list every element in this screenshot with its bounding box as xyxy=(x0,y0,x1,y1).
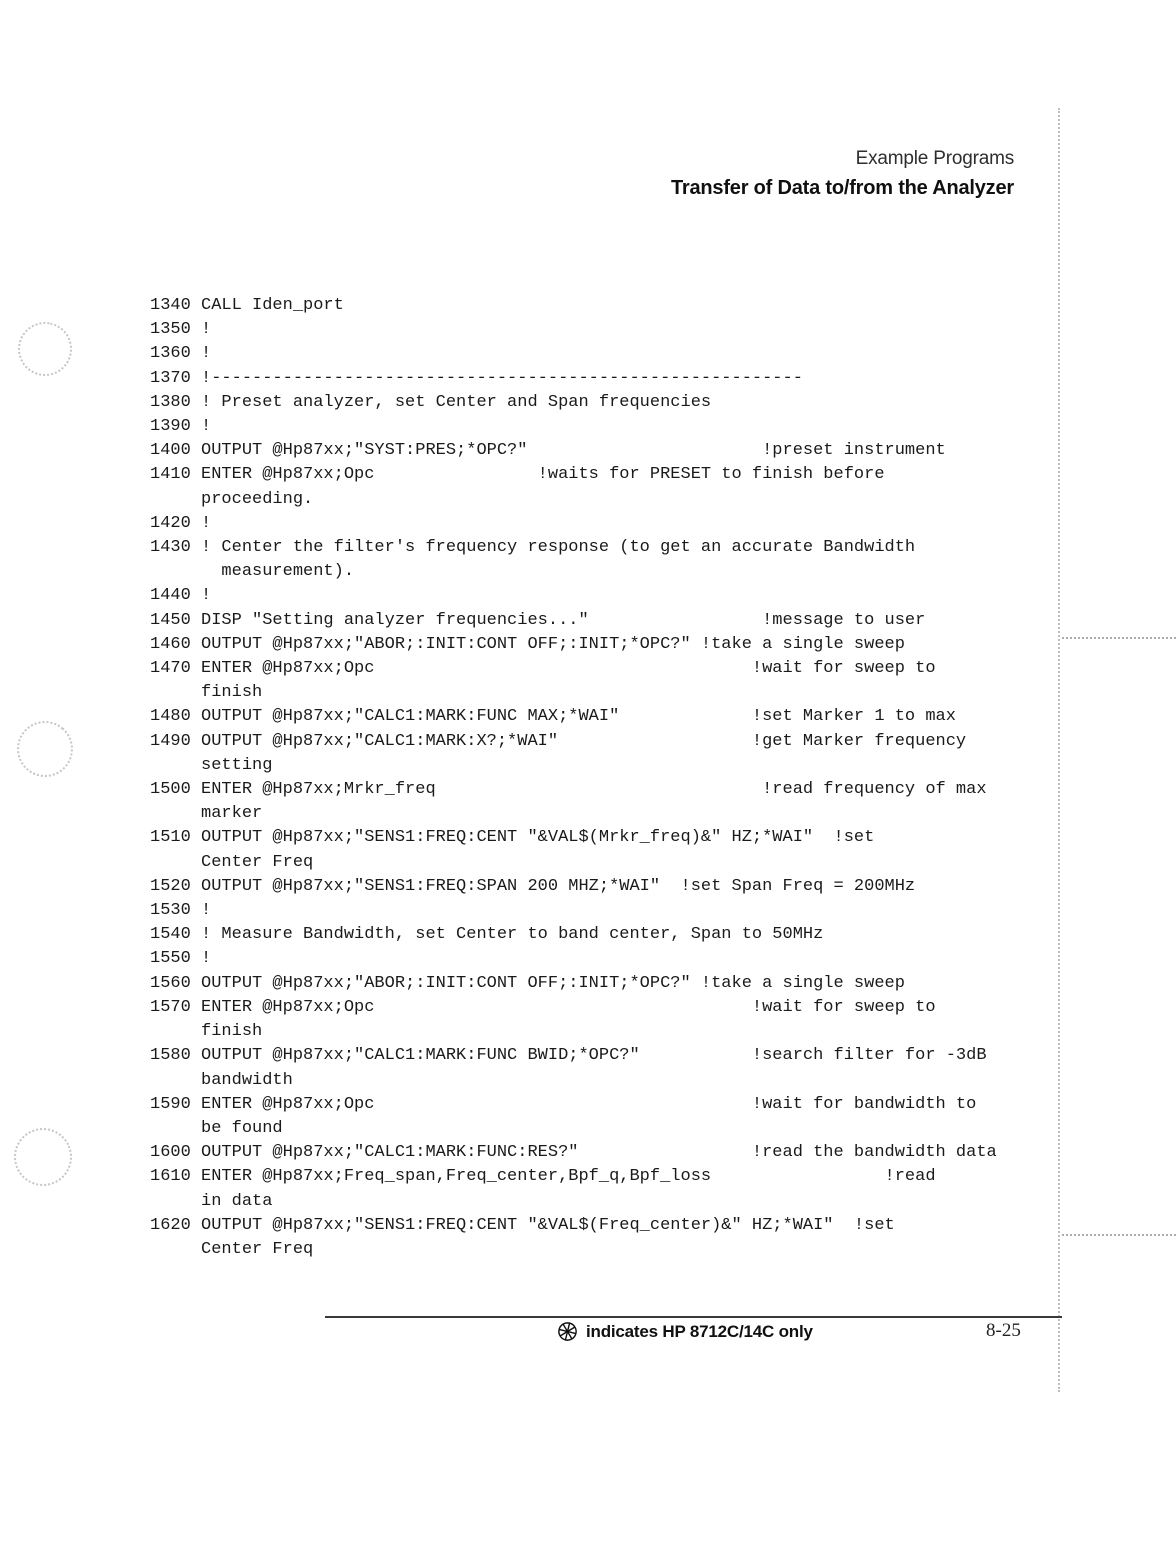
code-line: measurement). xyxy=(150,560,997,584)
footer-note: indicates HP 8712C/14C only xyxy=(556,1320,813,1343)
code-line: 1530 ! xyxy=(150,899,997,923)
code-line: 1430 ! Center the filter's frequency res… xyxy=(150,536,997,560)
code-line: 1440 ! xyxy=(150,584,997,608)
code-line: 1510 OUTPUT @Hp87xx;"SENS1:FREQ:CENT "&V… xyxy=(150,826,997,850)
code-line: 1600 OUTPUT @Hp87xx;"CALC1:MARK:FUNC:RES… xyxy=(150,1141,997,1165)
code-line: 1380 ! Preset analyzer, set Center and S… xyxy=(150,391,997,415)
code-line: 1540 ! Measure Bandwidth, set Center to … xyxy=(150,923,997,947)
code-line: 1610 ENTER @Hp87xx;Freq_span,Freq_center… xyxy=(150,1165,997,1189)
code-line: 1500 ENTER @Hp87xx;Mrkr_freq !read frequ… xyxy=(150,778,997,802)
code-line: bandwidth xyxy=(150,1069,997,1093)
code-line: 1460 OUTPUT @Hp87xx;"ABOR;:INIT:CONT OFF… xyxy=(150,633,997,657)
code-line: 1450 DISP "Setting analyzer frequencies.… xyxy=(150,609,997,633)
code-line: 1580 OUTPUT @Hp87xx;"CALC1:MARK:FUNC BWI… xyxy=(150,1044,997,1068)
code-line: 1340 CALL Iden_port xyxy=(150,294,997,318)
code-line: setting xyxy=(150,754,997,778)
page-header: Example Programs Transfer of Data to/fro… xyxy=(671,148,1014,200)
code-line: 1420 ! xyxy=(150,512,997,536)
page-header-title: Transfer of Data to/from the Analyzer xyxy=(671,177,1014,200)
code-line: finish xyxy=(150,681,997,705)
code-line: 1470 ENTER @Hp87xx;Opc !wait for sweep t… xyxy=(150,657,997,681)
code-line: 1410 ENTER @Hp87xx;Opc !waits for PRESET… xyxy=(150,463,997,487)
scanned-manual-page: Example Programs Transfer of Data to/fro… xyxy=(0,0,1176,1544)
code-line: be found xyxy=(150,1117,997,1141)
code-line: 1520 OUTPUT @Hp87xx;"SENS1:FREQ:SPAN 200… xyxy=(150,875,997,899)
code-line: finish xyxy=(150,1020,997,1044)
code-line: proceeding. xyxy=(150,488,997,512)
code-line: Center Freq xyxy=(150,851,997,875)
code-line: 1400 OUTPUT @Hp87xx;"SYST:PRES;*OPC?" !p… xyxy=(150,439,997,463)
code-line: 1620 OUTPUT @Hp87xx;"SENS1:FREQ:CENT "&V… xyxy=(150,1214,997,1238)
footer-note-text: indicates HP 8712C/14C only xyxy=(586,1322,813,1342)
code-line: 1480 OUTPUT @Hp87xx;"CALC1:MARK:FUNC MAX… xyxy=(150,705,997,729)
code-listing: 1340 CALL Iden_port1350 !1360 !1370 !---… xyxy=(150,294,997,1262)
code-line: marker xyxy=(150,802,997,826)
code-line: 1490 OUTPUT @Hp87xx;"CALC1:MARK:X?;*WAI"… xyxy=(150,730,997,754)
code-line: 1390 ! xyxy=(150,415,997,439)
footer-divider xyxy=(325,1316,1062,1318)
code-line: Center Freq xyxy=(150,1238,997,1262)
scan-artifact-circle xyxy=(5,1119,81,1195)
page-edge-dotted-line xyxy=(1058,108,1060,1392)
section-label: Example Programs xyxy=(671,148,1014,170)
code-line: 1370 !----------------------------------… xyxy=(150,367,997,391)
code-line: 1360 ! xyxy=(150,342,997,366)
spoked-wheel-icon xyxy=(556,1320,579,1343)
page-edge-dotted-segment xyxy=(1062,1234,1176,1236)
scan-artifact-circle xyxy=(6,710,85,789)
code-line: 1350 ! xyxy=(150,318,997,342)
page-edge-dotted-segment xyxy=(1062,637,1176,639)
code-line: 1560 OUTPUT @Hp87xx;"ABOR;:INIT:CONT OFF… xyxy=(150,972,997,996)
code-line: 1550 ! xyxy=(150,947,997,971)
page-number: 8-25 xyxy=(986,1320,1021,1342)
scan-artifact-circle xyxy=(13,317,77,381)
code-line: 1590 ENTER @Hp87xx;Opc !wait for bandwid… xyxy=(150,1093,997,1117)
code-line: in data xyxy=(150,1190,997,1214)
code-line: 1570 ENTER @Hp87xx;Opc !wait for sweep t… xyxy=(150,996,997,1020)
